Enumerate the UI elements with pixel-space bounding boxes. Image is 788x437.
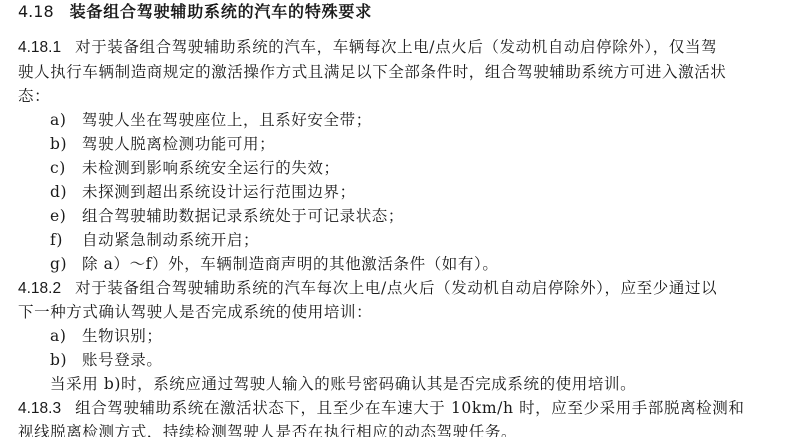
item-label: d) — [50, 182, 67, 202]
section-title: 装备组合驾驶辅助系统的汽车的特殊要求 — [70, 2, 372, 21]
item-label: b) — [50, 134, 67, 154]
clause-text: 对于装备组合驾驶辅助系统的汽车每次上电/点火后（发动机自动启停除外），应至少通过… — [75, 279, 717, 297]
item-label: c) — [50, 158, 66, 178]
item-label: a) — [50, 110, 67, 130]
clause-4-18-2-line-1: 4.18.2对于装备组合驾驶辅助系统的汽车每次上电/点火后（发动机自动启停除外）… — [18, 278, 717, 299]
item-label: a) — [50, 326, 67, 346]
clause-note: 当采用 b)时，系统应通过驾驶人输入的账号密码确认其是否完成系统的使用培训。 — [50, 374, 636, 394]
item-label: e) — [50, 206, 66, 226]
clause-4-18-1-line-2: 驶人执行车辆制造商规定的激活操作方式且满足以下全部条件时，组合驾驶辅助系统方可进… — [18, 62, 726, 82]
item-text: 驾驶人坐在驾驶座位上，且系好安全带； — [82, 110, 372, 130]
clause-4-18-3-line-1: 4.18.3组合驾驶辅助系统在激活状态下，且至少在车速大于 10km/h 时，应… — [18, 398, 744, 419]
item-text: 驾驶人脱离检测功能可用； — [82, 134, 275, 154]
item-label: f) — [50, 230, 63, 250]
clause-text: 对于装备组合驾驶辅助系统的汽车，车辆每次上电/点火后（发动机自动启停除外），仅当… — [75, 38, 717, 56]
clause-4-18-1-line-1: 4.18.1对于装备组合驾驶辅助系统的汽车，车辆每次上电/点火后（发动机自动启停… — [18, 37, 717, 58]
clause-4-18-1-line-3: 态： — [18, 86, 50, 106]
item-text: 未探测到超出系统设计运行范围边界； — [82, 182, 356, 202]
item-text: 账号登录。 — [82, 350, 163, 370]
clause-text: 组合驾驶辅助系统在激活状态下，且至少在车速大于 10km/h 时，应至少采用手部… — [75, 399, 744, 417]
item-text: 组合驾驶辅助数据记录系统处于可记录状态； — [82, 206, 404, 226]
item-label: g) — [50, 254, 67, 274]
clause-number: 4.18.2 — [18, 280, 61, 297]
clause-4-18-2-line-2: 下一种方式确认驾驶人是否完成系统的使用培训： — [18, 302, 372, 322]
item-text: 自动紧急制动系统开启； — [82, 230, 259, 250]
item-text: 除 a）～f）外，车辆制造商声明的其他激活条件（如有）。 — [82, 254, 498, 274]
clause-number: 4.18.3 — [18, 400, 61, 417]
item-text: 生物识别； — [82, 326, 163, 346]
section-number: 4.18 — [18, 2, 54, 21]
section-heading: 4.18装备组合驾驶辅助系统的汽车的特殊要求 — [18, 2, 372, 22]
item-label: b) — [50, 350, 67, 370]
clause-number: 4.18.1 — [18, 39, 61, 56]
clause-4-18-3-line-2: 视线脱离检测方式，持续检测驾驶人是否在执行相应的动态驾驶任务。 — [18, 422, 517, 437]
item-text: 未检测到影响系统安全运行的失效； — [82, 158, 340, 178]
